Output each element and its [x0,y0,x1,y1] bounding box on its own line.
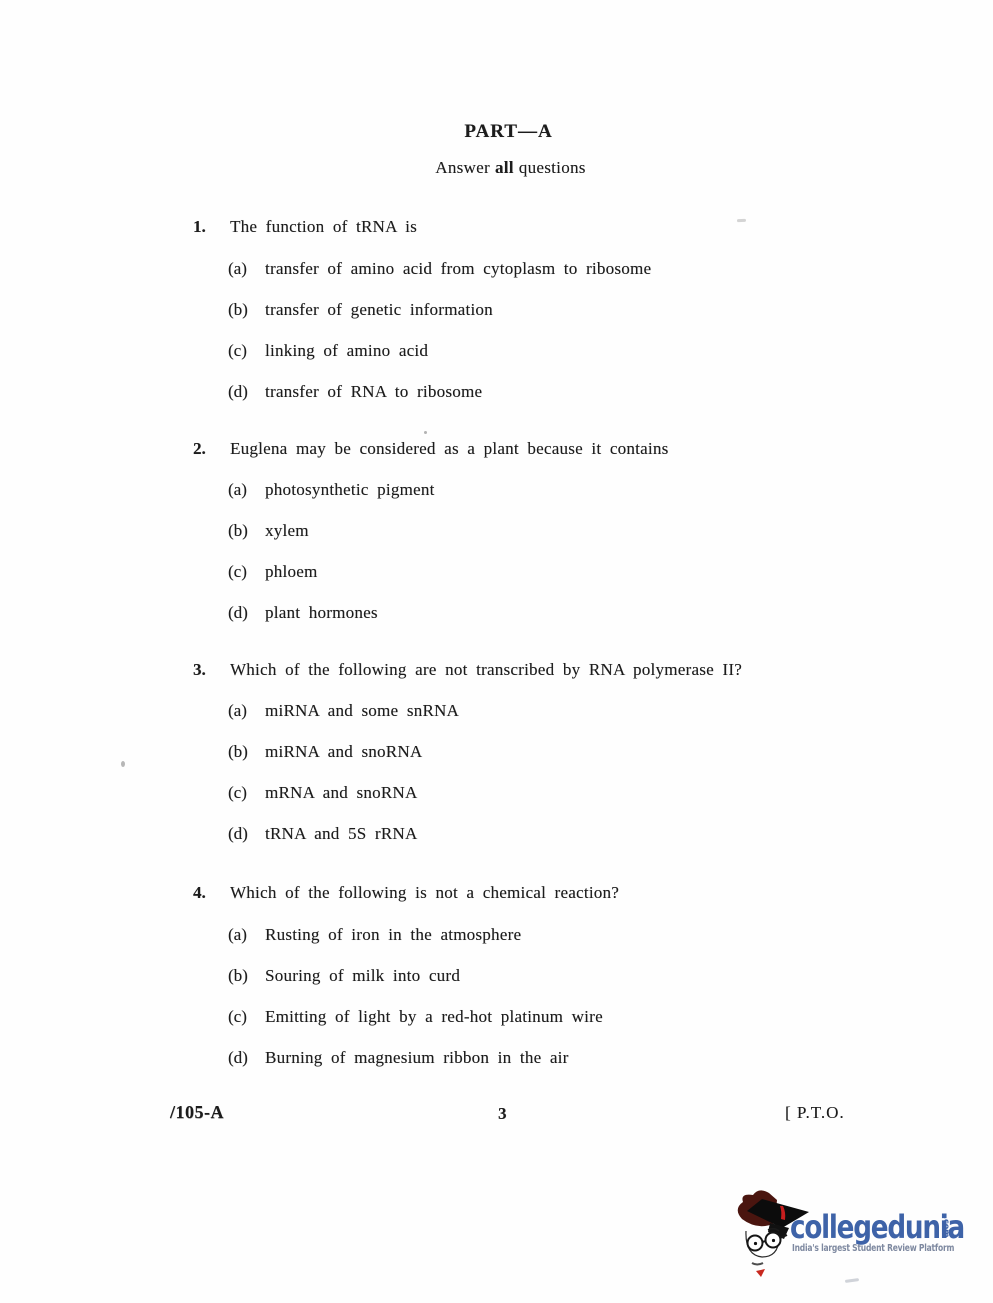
option-text: transfer of RNA to ribosome [265,382,482,401]
option-label: (c) [228,782,265,804]
option-text: transfer of genetic information [265,300,493,319]
question-text: Which of the following are not transcrib… [230,660,742,679]
question-2-option-a: (a)photosynthetic pigment [228,479,435,501]
question-1-option-c: (c)linking of amino acid [228,340,428,362]
option-text: Souring of milk into curd [265,966,460,985]
part-title: PART—A [0,121,993,143]
exam-scan-page: PART—A Answerallquestions 1.The function… [0,0,993,1303]
option-label: (c) [228,1006,265,1028]
question-number: 1. [193,216,230,238]
question-2-option-b: (b)xylem [228,520,309,542]
question-text: Which of the following is not a chemical… [230,883,619,902]
instruction-line: Answerallquestions [0,158,993,178]
option-text: tRNA and 5S rRNA [265,824,417,843]
option-text: photosynthetic pigment [265,480,435,499]
question-text: The function of tRNA is [230,217,417,236]
question-1-option-a: (a)transfer of amino acid from cytoplasm… [228,258,651,280]
question-1: 1.The function of tRNA is [193,216,417,238]
option-label: (d) [228,1047,265,1069]
question-3-option-d: (d)tRNA and 5S rRNA [228,823,417,845]
question-text: Euglena may be considered as a plant bec… [230,439,669,458]
option-label: (b) [228,741,265,763]
option-label: (a) [228,258,265,280]
scan-artifact-dash [737,219,746,222]
option-text: phloem [265,562,318,581]
question-4-option-b: (b)Souring of milk into curd [228,965,460,987]
question-2-option-c: (c)phloem [228,561,318,583]
option-label: (a) [228,700,265,722]
question-4: 4.Which of the following is not a chemic… [193,882,619,904]
question-2: 2.Euglena may be considered as a plant b… [193,438,669,460]
option-label: (b) [228,520,265,542]
question-3-option-b: (b)miRNA and snoRNA [228,741,422,763]
instruction-suffix: questions [519,158,586,177]
scan-artifact-dot [121,761,125,767]
brand-tagline: India's largest Student Review Platform [792,1243,954,1254]
question-4-option-c: (c)Emitting of light by a red-hot platin… [228,1006,603,1028]
option-label: (b) [228,299,265,321]
option-label: (b) [228,965,265,987]
pto-label: [ P.T.O. [785,1103,845,1123]
question-number: 3. [193,659,230,681]
option-label: (c) [228,340,265,362]
question-3: 3.Which of the following are not transcr… [193,659,742,681]
question-1-option-b: (b)transfer of genetic information [228,299,493,321]
option-text: Emitting of light by a red-hot platinum … [265,1007,603,1026]
option-text: miRNA and some snRNA [265,701,459,720]
page-number: 3 [498,1104,507,1124]
option-label: (a) [228,924,265,946]
option-text: Rusting of iron in the atmosphere [265,925,521,944]
question-3-option-a: (a)miRNA and some snRNA [228,700,459,722]
instruction-emphasis: all [495,158,514,177]
question-number: 2. [193,438,230,460]
question-4-option-a: (a)Rusting of iron in the atmosphere [228,924,521,946]
option-text: Burning of magnesium ribbon in the air [265,1048,569,1067]
option-text: transfer of amino acid from cytoplasm to… [265,259,651,278]
option-text: mRNA and snoRNA [265,783,417,802]
scan-artifact-dot [424,431,427,434]
question-number: 4. [193,882,230,904]
instruction-prefix: Answer [435,158,490,177]
option-label: (a) [228,479,265,501]
question-2-option-d: (d)plant hormones [228,602,378,624]
paper-code: /105-A [170,1102,224,1123]
option-text: miRNA and snoRNA [265,742,422,761]
option-text: xylem [265,521,309,540]
option-text: linking of amino acid [265,341,428,360]
option-label: (d) [228,823,265,845]
question-3-option-c: (c)mRNA and snoRNA [228,782,417,804]
brand-text: collegedunia [790,1208,964,1246]
question-4-option-d: (d)Burning of magnesium ribbon in the ai… [228,1047,569,1069]
option-label: (c) [228,561,265,583]
option-label: (d) [228,602,265,624]
brand-tld: .com [942,1216,951,1238]
option-text: plant hormones [265,603,378,622]
collegedunia-logo: collegedunia .com India's largest Studen… [730,1183,992,1295]
option-label: (d) [228,381,265,403]
question-1-option-d: (d)transfer of RNA to ribosome [228,381,482,403]
